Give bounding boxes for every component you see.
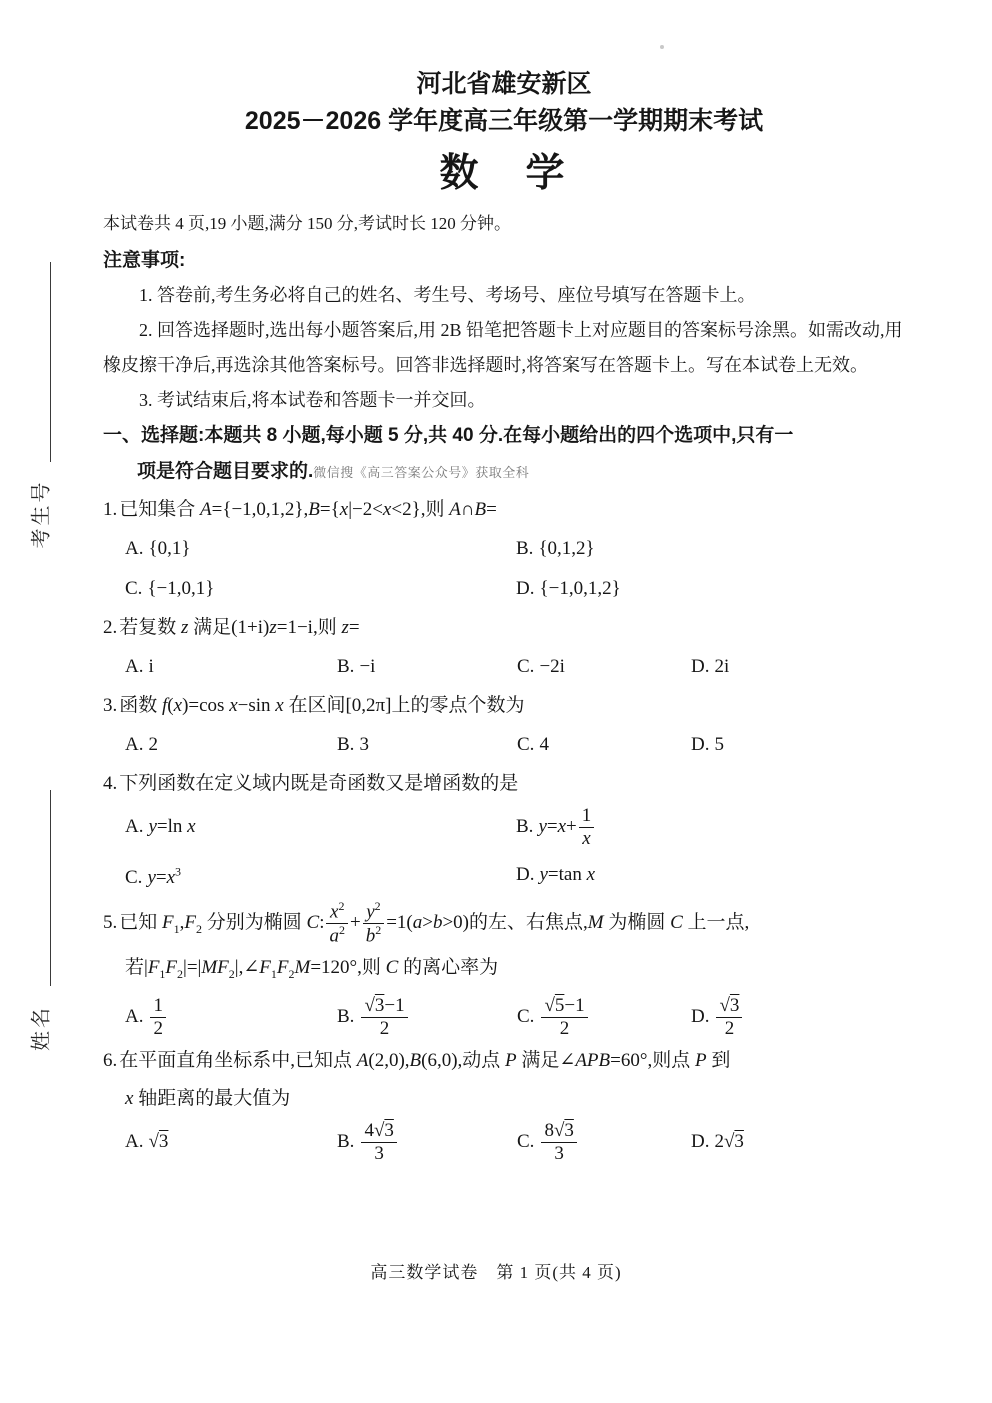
question-2: 2.若复数 z 满足(1+i)z=1−i,则 z= A.i B.−i C.−2i… bbox=[103, 609, 905, 687]
question-4-text: 下列函数在定义域内既是奇函数又是增函数的是 bbox=[119, 773, 518, 794]
candidate-no-label: 考生号 bbox=[25, 480, 54, 549]
question-4-option-a: A.y=ln x bbox=[125, 807, 516, 847]
exam-region-title: 河北省雄安新区 bbox=[103, 66, 905, 103]
notice-item-1: 1. 答卷前,考生务必将自己的姓名、考生号、考场号、座位号填写在答题卡上。 bbox=[103, 278, 905, 313]
name-fill-line bbox=[50, 790, 51, 986]
question-2-stem: 2.若复数 z 满足(1+i)z=1−i,则 z= bbox=[103, 609, 905, 647]
question-6-option-a: A.√3 bbox=[125, 1122, 337, 1162]
question-6-option-c: C.8√33 bbox=[517, 1118, 691, 1167]
question-2-text: 若复数 z 满足(1+i)z=1−i,则 z= bbox=[119, 617, 359, 638]
question-3-number: 3. bbox=[103, 695, 117, 716]
question-3-stem: 3.函数 f(x)=cos x−sin x 在区间[0,2π]上的零点个数为 bbox=[103, 687, 905, 725]
exam-page: 河北省雄安新区 2025－2026 学年度高三年级第一学期期末考试 数 学 本试… bbox=[103, 0, 905, 1167]
question-1-options: A.{0,1} B.{0,1,2} C.{−1,0,1} D.{−1,0,1,2… bbox=[103, 529, 905, 609]
question-2-option-a: A.i bbox=[125, 647, 337, 687]
question-5-number: 5. bbox=[103, 912, 117, 933]
question-5-text: 已知 F1,F2 分别为椭圆 C:x2a2+y2b2=1(a>b>0)的左、右焦… bbox=[119, 912, 749, 933]
question-1-option-c: C.{−1,0,1} bbox=[125, 569, 516, 609]
question-4-option-b: B.y=x+1x bbox=[516, 803, 905, 852]
question-6-text: 在平面直角坐标系中,已知点 A(2,0),B(6,0),动点 P 满足∠APB=… bbox=[119, 1050, 730, 1071]
question-3-option-b: B.3 bbox=[337, 725, 517, 765]
question-6-stem-line2: x 轴距离的最大值为 bbox=[103, 1080, 905, 1118]
section-1-heading: 一、选择题:本题共 8 小题,每小题 5 分,共 40 分.在每小题给出的四个选… bbox=[103, 418, 905, 491]
question-6-options: A.√3 B.4√33 C.8√33 D.2√3 bbox=[103, 1118, 905, 1167]
question-5: 5.已知 F1,F2 分别为椭圆 C:x2a2+y2b2=1(a>b>0)的左、… bbox=[103, 898, 905, 1042]
question-2-option-b: B.−i bbox=[337, 647, 517, 687]
question-4-option-d: D.y=tan x bbox=[516, 855, 905, 895]
notice-item-3: 3. 考试结束后,将本试卷和答题卡一并交回。 bbox=[103, 383, 905, 418]
question-5-stem: 5.已知 F1,F2 分别为椭圆 C:x2a2+y2b2=1(a>b>0)的左、… bbox=[103, 898, 905, 949]
question-5-option-b: B.√3−12 bbox=[337, 993, 517, 1042]
paper-info: 本试卷共 4 页,19 小题,满分 150 分,考试时长 120 分钟。 bbox=[103, 208, 905, 240]
question-5-option-d: D.√32 bbox=[691, 993, 905, 1042]
exam-session-title: 2025－2026 学年度高三年级第一学期期末考试 bbox=[103, 103, 905, 140]
exam-subject-title: 数 学 bbox=[103, 146, 905, 202]
question-3-option-a: A.2 bbox=[125, 725, 337, 765]
question-4-options: A.y=ln x B.y=x+1x C.y=x3 D.y=tan x bbox=[103, 803, 905, 898]
question-2-number: 2. bbox=[103, 617, 117, 638]
name-label: 姓名 bbox=[25, 1005, 54, 1051]
section-1-heading-line1: 一、选择题:本题共 8 小题,每小题 5 分,共 40 分.在每小题给出的四个选… bbox=[103, 418, 905, 454]
question-3-options: A.2 B.3 C.4 D.5 bbox=[103, 725, 905, 765]
notice-item-2: 2. 回答选择题时,选出每小题答案后,用 2B 铅笔把答题卡上对应题目的答案标号… bbox=[103, 313, 905, 383]
question-4: 4.下列函数在定义域内既是奇函数又是增函数的是 A.y=ln x B.y=x+1… bbox=[103, 765, 905, 898]
question-1-stem: 1.已知集合 A={−1,0,1,2},B={x|−2<x<2},则 A∩B= bbox=[103, 491, 905, 529]
question-5-stem-line2: 若|F1F2|=|MF2|,∠F1F2M=120°,则 C 的离心率为 bbox=[103, 949, 905, 993]
question-3-option-c: C.4 bbox=[517, 725, 691, 765]
question-1-option-b: B.{0,1,2} bbox=[516, 529, 905, 569]
notice-title: 注意事项: bbox=[103, 244, 905, 278]
question-5-option-a: A.12 bbox=[125, 993, 337, 1042]
question-1: 1.已知集合 A={−1,0,1,2},B={x|−2<x<2},则 A∩B= … bbox=[103, 491, 905, 609]
question-1-option-a: A.{0,1} bbox=[125, 529, 516, 569]
question-6-option-b: B.4√33 bbox=[337, 1118, 517, 1167]
candidate-no-fill-line bbox=[50, 262, 51, 462]
question-1-option-d: D.{−1,0,1,2} bbox=[516, 569, 905, 609]
question-5-option-c: C.√5−12 bbox=[517, 993, 691, 1042]
question-1-text: 已知集合 A={−1,0,1,2},B={x|−2<x<2},则 A∩B= bbox=[119, 499, 497, 520]
watermark-text: 微信搜《高三答案公众号》获取全科 bbox=[313, 465, 529, 480]
question-1-number: 1. bbox=[103, 499, 117, 520]
question-6: 6.在平面直角坐标系中,已知点 A(2,0),B(6,0),动点 P 满足∠AP… bbox=[103, 1042, 905, 1167]
question-3-option-d: D.5 bbox=[691, 725, 905, 765]
question-2-option-c: C.−2i bbox=[517, 647, 691, 687]
question-5-options: A.12 B.√3−12 C.√5−12 D.√32 bbox=[103, 993, 905, 1042]
question-4-stem: 4.下列函数在定义域内既是奇函数又是增函数的是 bbox=[103, 765, 905, 803]
question-3-text: 函数 f(x)=cos x−sin x 在区间[0,2π]上的零点个数为 bbox=[119, 695, 524, 716]
question-6-option-d: D.2√3 bbox=[691, 1122, 905, 1162]
question-2-options: A.i B.−i C.−2i D.2i bbox=[103, 647, 905, 687]
question-4-number: 4. bbox=[103, 773, 117, 794]
question-2-option-d: D.2i bbox=[691, 647, 905, 687]
question-6-number: 6. bbox=[103, 1050, 117, 1071]
question-3: 3.函数 f(x)=cos x−sin x 在区间[0,2π]上的零点个数为 A… bbox=[103, 687, 905, 765]
section-1-heading-line2: 项是符合题目要求的.微信搜《高三答案公众号》获取全科 bbox=[103, 454, 905, 491]
page-footer: 高三数学试卷 第 1 页(共 4 页) bbox=[0, 1258, 992, 1283]
question-6-stem: 6.在平面直角坐标系中,已知点 A(2,0),B(6,0),动点 P 满足∠AP… bbox=[103, 1042, 905, 1080]
question-4-option-c: C.y=x3 bbox=[125, 852, 516, 898]
